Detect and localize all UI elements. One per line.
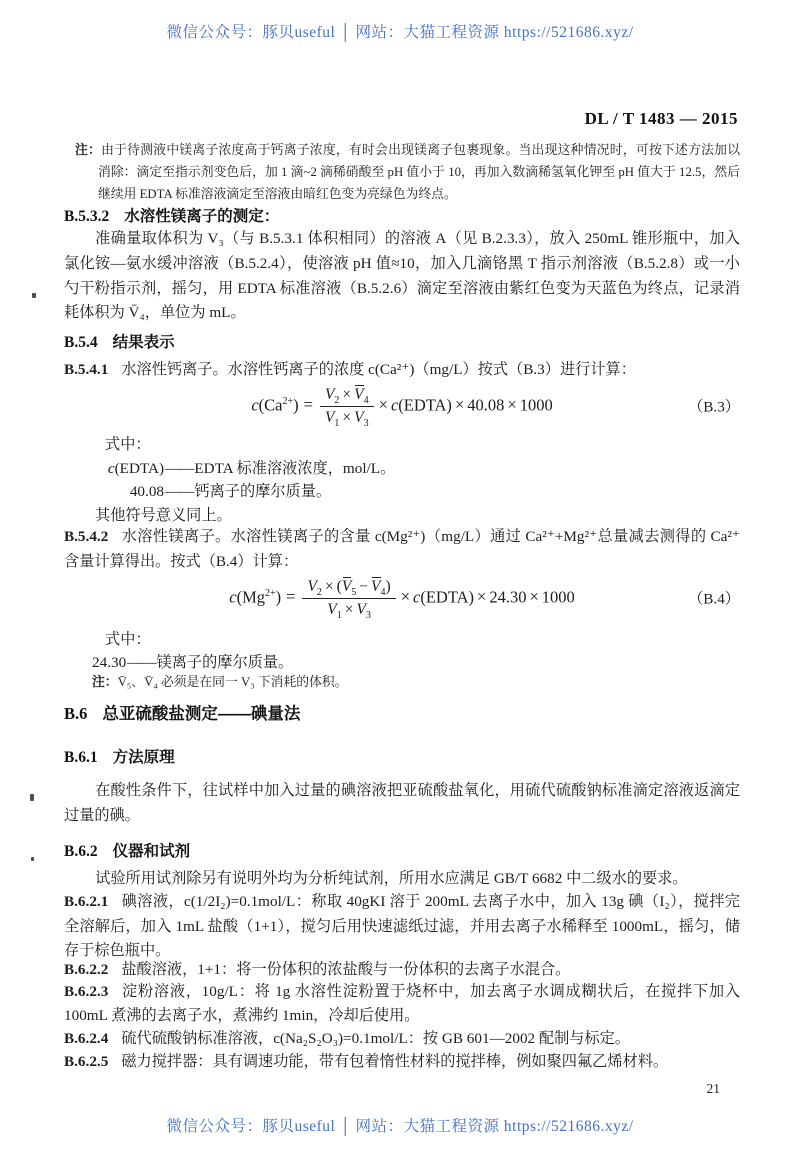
watermark-bottom: 微信公众号：豚贝useful │ 网站：大猫工程资源 https://52168… xyxy=(0,1114,800,1136)
clause-number: B.6.2.5 xyxy=(64,1053,108,1070)
heading-title: 水溶性镁离子的测定： xyxy=(124,208,279,225)
formula-b3: c(Ca2+)=V2×V4V1×V3×c(EDTA)×40.08×1000 （B… xyxy=(64,382,740,430)
where-item: 40.08——钙离子的摩尔质量。 xyxy=(64,480,740,504)
heading-number: B.6.2 xyxy=(64,843,98,860)
edta-arg: (EDTA) xyxy=(398,395,452,414)
scan-artifact xyxy=(32,293,36,298)
note-text: 由于待测液中镁离子浓度高于钙离子浓度，有时会出现镁离子包裹现象。当出现这种情况时… xyxy=(98,143,740,201)
factor: 1000 xyxy=(520,395,553,414)
formula-b4-expression: c(Mg2+)=V2×(V5−V4)V1×V3×c(EDTA)×24.30×10… xyxy=(229,578,575,619)
clause-text: 水溶性钙离子。水溶性钙离子的浓度 c(Ca²⁺)（mg/L）按式（B.3）进行计… xyxy=(121,361,636,378)
clause-text: 磁力搅拌器：具有调速功能，带有包着惰性材料的搅拌棒，例如聚四氟乙烯材料。 xyxy=(121,1053,668,1070)
ion-charge: 2+ xyxy=(265,587,276,598)
note-label: 注： xyxy=(92,675,118,689)
paragraph-b623: B.6.2.3淀粉溶液，10g/L：将 1g 水溶性淀粉置于烧杯中，加去离子水调… xyxy=(64,980,740,1028)
where-term: 40.08 xyxy=(92,480,164,504)
heading-number: B.5.4 xyxy=(64,334,98,351)
paragraph-b624: B.6.2.4硫代硫酸钠标准溶液，c(Na₂S₂O₃)=0.1mol/L：按 G… xyxy=(64,1026,740,1051)
paragraph-b61: 在酸性条件下，往试样中加入过量的碘溶液把亚硫酸盐氧化，用硫代硫酸钠标准滴定溶液返… xyxy=(64,778,740,828)
factor: 1000 xyxy=(542,587,575,606)
fraction: V2×(V5−V4)V1×V3 xyxy=(302,578,395,619)
where-label: 式中： xyxy=(64,627,740,652)
symbol-c: c xyxy=(229,587,236,606)
v-bar: V xyxy=(354,386,363,404)
paragraph-b541: B.5.4.1水溶性钙离子。水溶性钙离子的浓度 c(Ca²⁺)（mg/L）按式（… xyxy=(64,357,740,382)
where-term: c(EDTA) xyxy=(92,457,164,481)
clause-text: 盐酸溶液，1+1：将一份体积的浓盐酸与一份体积的去离子水混合。 xyxy=(121,961,570,978)
fraction-numerator: V2×V4 xyxy=(320,386,374,407)
page-number: 21 xyxy=(707,1081,721,1097)
where-definition: 镁离子的摩尔质量。 xyxy=(157,654,294,671)
formula-b3-expression: c(Ca2+)=V2×V4V1×V3×c(EDTA)×40.08×1000 xyxy=(251,386,552,427)
clause-number: B.6.2.3 xyxy=(64,983,108,1000)
scan-artifact xyxy=(31,857,34,861)
page-body: 注：由于待测液中镁离子浓度高于钙离子浓度，有时会出现镁离子包裹现象。当出现这种情… xyxy=(64,0,740,1174)
clause-number: B.6.2.4 xyxy=(64,1030,108,1047)
clause-number: B.6.2.1 xyxy=(64,893,108,910)
heading-title: 方法原理 xyxy=(113,749,175,766)
clause-number: B.5.4.1 xyxy=(64,361,108,378)
note-label: 注： xyxy=(75,143,101,157)
edta-arg: (EDTA) xyxy=(420,587,474,606)
clause-text: 水溶性镁离子。水溶性镁离子的含量 c(Mg²⁺)（mg/L）通过 Ca²⁺+Mg… xyxy=(64,528,740,570)
heading-title: 总亚硫酸盐测定——碘量法 xyxy=(102,705,300,723)
note-text: V̄₅、V̄₄ 必须是在同一 V₃ 下消耗的体积。 xyxy=(118,675,348,689)
paragraph-b621: B.6.2.1碘溶液，c(1/2I₂)=0.1mol/L：称取 40gKI 溶于… xyxy=(64,890,740,964)
equation-label-b3: （B.3） xyxy=(688,396,740,417)
v-bar: V xyxy=(371,578,380,596)
heading-b61: B.6.1方法原理 xyxy=(64,745,740,767)
fraction: V2×V4V1×V3 xyxy=(320,386,374,427)
fraction-numerator: V2×(V5−V4) xyxy=(302,578,395,599)
clause-text: 淀粉溶液，10g/L：将 1g 水溶性淀粉置于烧杯中，加去离子水调成糊状后，在搅… xyxy=(64,983,740,1024)
where-clause-b3: 式中： c(EDTA)——EDTA 标准溶液浓度，mol/L。 40.08——钙… xyxy=(64,433,740,528)
fraction-denominator: V1×V3 xyxy=(302,599,395,619)
note-b532: 注：由于待测液中镁离子浓度高于钙离子浓度，有时会出现镁离子包裹现象。当出现这种情… xyxy=(64,140,740,205)
heading-b54: B.5.4结果表示 xyxy=(64,330,740,352)
heading-b62: B.6.2仪器和试剂 xyxy=(64,839,740,861)
clause-number: B.5.4.2 xyxy=(64,528,108,545)
ion-ca: Ca xyxy=(264,395,282,414)
ion-mg: Mg xyxy=(242,587,265,606)
v-bar: V xyxy=(342,578,351,596)
where-definition: 钙离子的摩尔质量。 xyxy=(194,483,331,500)
ion-charge: 2+ xyxy=(282,395,293,406)
heading-number: B.6.1 xyxy=(64,749,98,766)
fraction-denominator: V1×V3 xyxy=(320,407,374,427)
symbol-c: c xyxy=(251,395,258,414)
clause-number: B.6.2.2 xyxy=(64,961,108,978)
formula-b4: c(Mg2+)=V2×(V5−V4)V1×V3×c(EDTA)×24.30×10… xyxy=(64,573,740,623)
heading-number: B.6 xyxy=(64,704,87,723)
paragraph-b622: B.6.2.2盐酸溶液，1+1：将一份体积的浓盐酸与一份体积的去离子水混合。 xyxy=(64,957,740,982)
paragraph-b532: 准确量取体积为 V₃（与 B.5.3.1 体积相同）的溶液 A（见 B.2.3.… xyxy=(64,227,740,326)
paragraph-b62-intro: 试验所用试剂除另有说明外均为分析纯试剂，所用水应满足 GB/T 6682 中二级… xyxy=(64,866,740,891)
scan-artifact xyxy=(30,794,34,801)
heading-title: 仪器和试剂 xyxy=(113,843,191,860)
heading-number: B.5.3.2 xyxy=(64,208,109,225)
heading-b6: B.6总亚硫酸盐测定——碘量法 xyxy=(64,700,740,724)
molar-mass: 24.30 xyxy=(489,587,526,606)
molar-mass: 40.08 xyxy=(467,395,504,414)
paragraph-b542: B.5.4.2水溶性镁离子。水溶性镁离子的含量 c(Mg²⁺)（mg/L）通过 … xyxy=(64,524,740,574)
clause-text: 碘溶液，c(1/2I₂)=0.1mol/L：称取 40gKI 溶于 200mL … xyxy=(64,893,740,959)
heading-title: 结果表示 xyxy=(113,334,175,351)
note-b4: 注：V̄₅、V̄₄ 必须是在同一 V₃ 下消耗的体积。 xyxy=(64,672,740,694)
heading-b532: B.5.3.2水溶性镁离子的测定： xyxy=(64,204,740,226)
clause-text: 硫代硫酸钠标准溶液，c(Na₂S₂O₃)=0.1mol/L：按 GB 601—2… xyxy=(121,1030,630,1047)
where-item: c(EDTA)——EDTA 标准溶液浓度，mol/L。 xyxy=(64,457,740,481)
paragraph-b625: B.6.2.5磁力搅拌器：具有调速功能，带有包着惰性材料的搅拌棒，例如聚四氟乙烯… xyxy=(64,1049,740,1074)
equation-label-b4: （B.4） xyxy=(688,588,740,609)
scanned-standard-page: 微信公众号：豚贝useful │ 网站：大猫工程资源 https://52168… xyxy=(0,0,800,1174)
where-definition: EDTA 标准溶液浓度，mol/L。 xyxy=(194,460,395,477)
where-label: 式中： xyxy=(64,433,740,457)
